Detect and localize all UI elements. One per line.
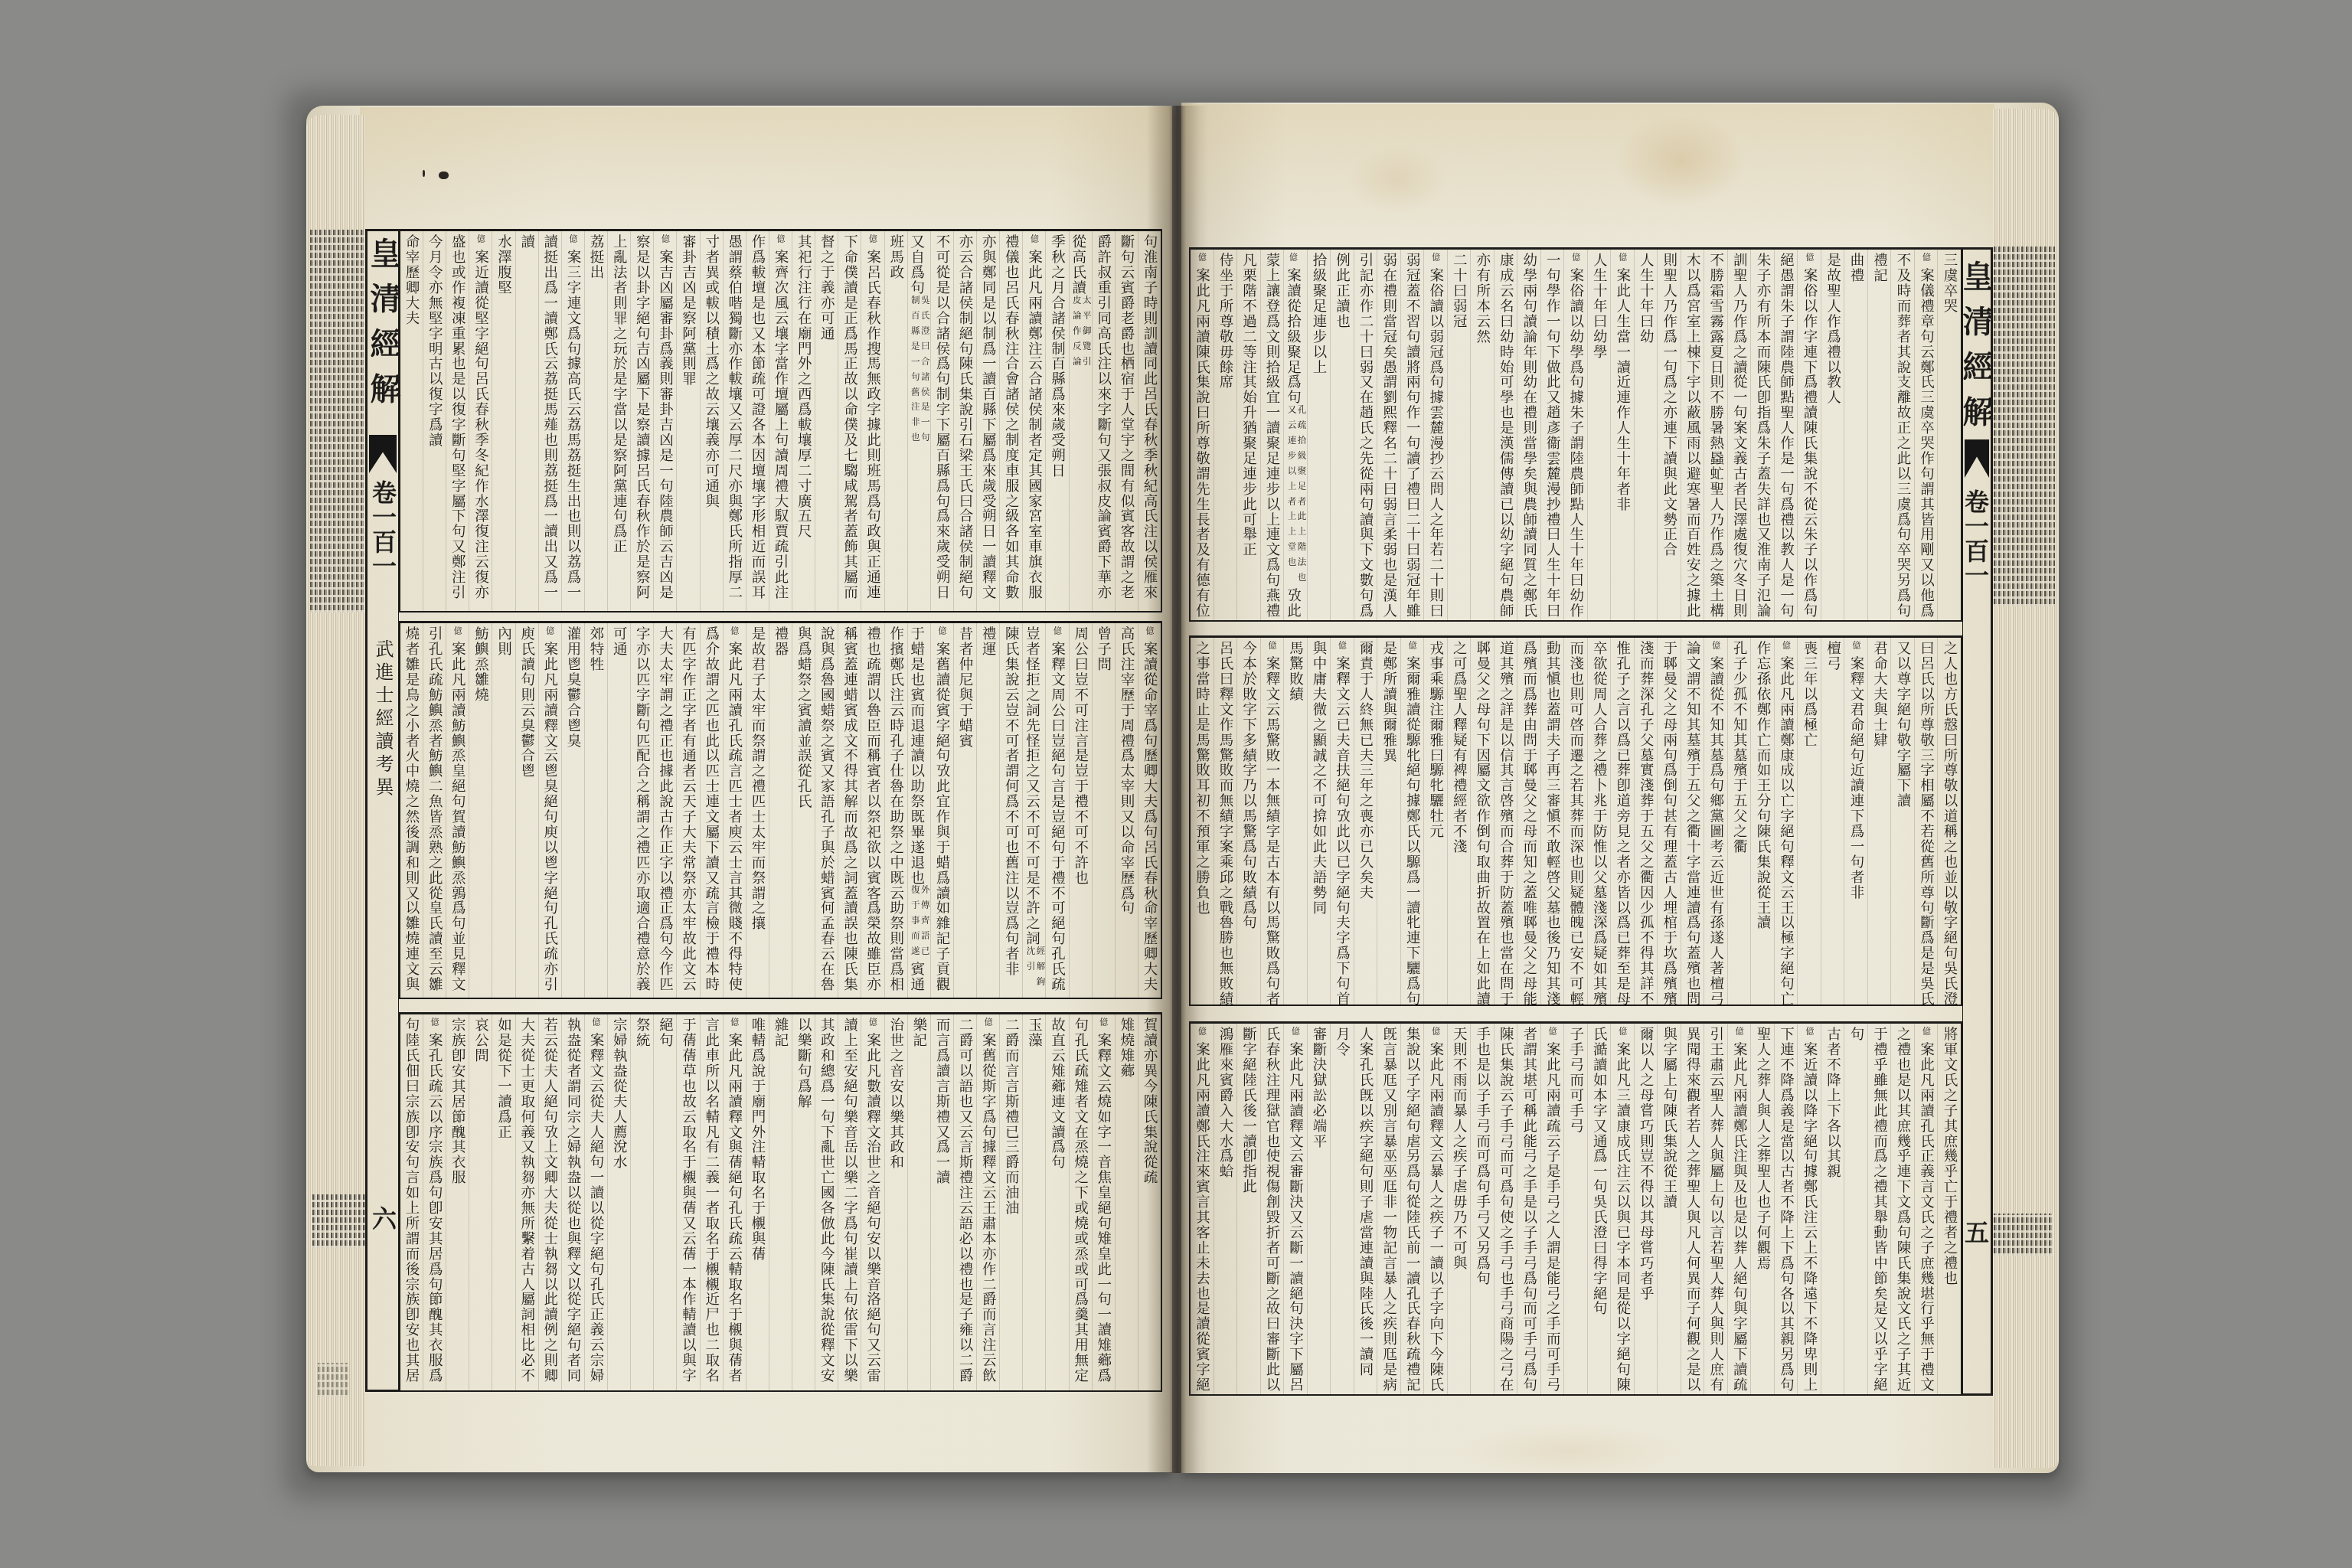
left-page-margin-label: 皇清經解 卷一百一 武進士經讀考異 六	[365, 229, 399, 1392]
commentary-column: 億案近讀從堅字絕句呂氏春秋季冬紀作水澤復注云復亦	[469, 231, 492, 611]
collection-title: 皇清經解	[1963, 260, 1991, 441]
column-text: 呂氏曰釋文作馬驚敗而無績字案乘邱之戰魯勝也無敗績	[1217, 641, 1233, 1004]
text-column: 孔子少孤不知其墓殯于五父之衢	[1727, 638, 1751, 1004]
column-text: 案此凡兩讀疏云子是手弓之人謂是能弓之手而可手弓	[1544, 1042, 1560, 1393]
text-column: 稱賓蓋連蜡賓成文不得其解而故爲之詞蓋讀誤也陳氏集	[838, 623, 861, 998]
text-column: 昔者仲尼與于蜡賓	[953, 623, 976, 998]
interlinear-note: 孔疏拾級聚足者此上階法也又云連步以上者上上堂也	[1287, 405, 1307, 588]
commentary-column: 億案釋文云燒如字一音焦皇絕句雉皇此一句一讀雉薌爲	[1092, 1014, 1115, 1390]
column-text: 三虞卒哭	[1942, 253, 1958, 314]
column-text: 郰曼父之母句下因屬文欲作倒句取曲折故置在上如此讀	[1475, 641, 1491, 1004]
commentary-column: 億案此凡兩讀孔氏正義言文氏之子庶幾堪行乎無于禮文	[1914, 1024, 1938, 1394]
note-line: 制百縣是一句舊注非也	[910, 296, 920, 448]
text-column: 大夫從士更取何義又執芻亦無所繫着古人屬詞相比必不	[515, 1014, 538, 1390]
column-text: 之可爲聖人釋疑有裨禮經者不淺	[1451, 641, 1467, 854]
column-text: 案此凡兩讀釋文云審斷決又云斷一讀絕句決字下屬呂	[1288, 1042, 1304, 1393]
commentary-column: 億案釋文云已夫音扶絕句攷此以已字絕句夫字爲下句首	[1330, 638, 1354, 1004]
author-mark: 億	[776, 234, 786, 250]
text-column: 班馬政	[884, 231, 907, 611]
fishtail-mark-icon	[1965, 439, 1989, 478]
text-column: 亦有所本云然	[1470, 250, 1494, 620]
column-text: 曲禮	[1848, 253, 1864, 283]
column-text: 宗婦執盎從夫人薦涗水	[611, 1018, 627, 1170]
column-text: 句淮南子時則訓讀同此呂氏春秋季秋紀高氏注以侯雁來	[1142, 234, 1158, 600]
text-column: 呂氏曰釋文作馬驚敗而無績字案乘邱之戰魯勝也無敗績	[1214, 638, 1237, 1004]
text-column: 盛也或作複凍重累也是以復字斷句堅字屬下句又鄭注引	[446, 231, 469, 611]
column-text: 聖人之葬人與人之葬聖人也子何觀焉	[1755, 1027, 1771, 1270]
author-mark: 億	[1618, 1027, 1628, 1042]
text-column: 命宰歷卿大夫	[400, 231, 423, 611]
column-text: 卒欲從周人合葬之禮卜兆于防惟以父墓淺深爲疑如其殯	[1591, 641, 1607, 1004]
column-text: 下連不降爲義是當以古者不降上下爲句各以其親另爲句	[1778, 1027, 1794, 1393]
column-text: 荔挺出	[588, 234, 604, 280]
column-text: 二爵可以語也又云言斯禮注云語必以禮也是子雍以二爵	[957, 1018, 973, 1383]
author-mark: 億	[1289, 253, 1298, 268]
page-number-ink-bleed	[1994, 1214, 2053, 1256]
text-column: 是故君子太牢而祭謂之禮匹士太牢而祭謂之攘	[746, 623, 769, 998]
commentary-column: 億案讀從拾級聚足爲句孔疏拾級聚足者此上階法也又云連步以上者上上堂也攷此	[1283, 250, 1307, 620]
text-column: 不及時而葬者其說支離故正之此以三虞爲句卒哭另爲句	[1890, 250, 1914, 620]
text-column: 禮記	[1867, 250, 1891, 620]
text-column: 而言爲讀言斯禮又爲一讀	[930, 1014, 953, 1390]
author-mark: 億	[983, 1018, 993, 1033]
column-text: 康成云名曰幼時始可學也是漢儒傳讀已以幼字絕句農師	[1498, 253, 1514, 619]
text-column: 曲禮	[1844, 250, 1867, 620]
column-text: 案舊從斯字爲句據釋文云王肅本亦作二爵而言注云飲	[980, 1033, 996, 1383]
column-text: 作擯鄭氏注云時孔子仕魯在助祭之中既云助祭則當爲相	[888, 626, 904, 992]
text-column: 祭統	[630, 1014, 653, 1390]
column-text: 而言爲讀言斯禮又爲一讀	[934, 1018, 950, 1185]
commentary-column: 億案此人生當一讀近連作人生十年者非	[1610, 250, 1634, 620]
text-column: 陳氏集說云豈不可者謂何爲不可也舊注以豈爲句者非	[999, 623, 1022, 998]
text-column: 治世之音安以樂其政和	[884, 1014, 907, 1390]
author-mark: 億	[1921, 253, 1931, 268]
text-column: 讀	[515, 231, 538, 611]
text-column: 今月令亦無堅字明古以復字爲讀	[423, 231, 446, 611]
note-line: 孔疏拾級聚足者此上階法也	[1297, 405, 1307, 588]
column-text: 作爲軷壇是也又本節疏可證各本因壇壤字形相近而誤耳	[750, 234, 766, 600]
column-text: 曰呂氏以所尊敬三字相屬不若從舊所尊句斷爲是是吳氏	[1918, 641, 1934, 1004]
column-text: 有匹字作正字者有通者云天子大夫常祭亦太牢故此文云	[681, 626, 697, 992]
column-text: 案此凡數讀釋文治世之音絕句安以樂音洛絕句又云雷	[865, 1033, 881, 1383]
column-text: 案釋文云馬驚敗一本無績字是古本有以馬驚敗爲句者	[1264, 656, 1280, 1004]
column-text: 案此凡兩讀鄭康成以亡字絕句釋文云王以極字絕句亡	[1778, 656, 1794, 1004]
column-text: 案吉凶屬審卦爲義則審卦吉凶是一句陸農師云吉凶是	[657, 250, 673, 600]
text-column: 論文謂不知其墓殯于五父之衢十字當連讀爲句蓋殯也問	[1681, 638, 1704, 1004]
left-page-upper-register: 句淮南子時則訓讀同此呂氏春秋季秋紀高氏注以侯雁來斷句云賓爵老爵也栖宿于人堂宇之間…	[399, 229, 1162, 612]
text-column: 之人也方氏慤曰所尊敬以道稱之也並以敬字絕句吳氏澄	[1937, 638, 1961, 1004]
column-text: 案俗以作字連下爲禮讀陳氏集說不從云朱子以作爲句	[1802, 268, 1818, 619]
column-text: 下命僕讀是正爲馬正故以命僕及七騶咸駕者蓋飾其屬而	[841, 234, 857, 600]
column-text: 案此凡兩讀鄭氏注來賓言其客止未去也是讀從賓字絕	[1194, 1042, 1210, 1393]
column-text: 大夫太牢謂之禮正也據此說古作正字以禮正爲句今作匹	[657, 626, 673, 992]
text-column: 又以尊字絕句敬字屬下讀	[1890, 638, 1914, 1004]
text-column: 天則不雨而暴人之疾子虐毋乃不可與	[1447, 1024, 1471, 1394]
text-column: 亦云合諸侯制絕句陳氏集說引石梁王氏曰合諸侯制絕句	[953, 231, 976, 611]
column-text: 祭統	[634, 1018, 650, 1048]
commentary-column: 億案釋文云馬驚敗一本無績字是古本有以馬驚敗爲句者	[1260, 638, 1284, 1004]
right-page-middle-register: 之人也方氏慤曰所尊敬以道稱之也並以敬字絕句吳氏澄曰呂氏以所尊敬三字相屬不若從舊所…	[1189, 635, 1962, 1006]
column-text: 大夫從士更取何義又執芻亦無所繫着古人屬詞相比必不	[519, 1018, 535, 1383]
text-column: 禮運	[976, 623, 999, 998]
text-column: 讀挺出爲一讀鄭氏云荔挺馬薤也則荔挺爲一讀出又爲一	[538, 231, 561, 611]
column-text: 言此車所以名輤凡有二義一者取名于櫬櫬近尸也二取名	[704, 1018, 720, 1383]
column-text: 之事當時止是馬驚敗耳初不預軍之勝負也	[1194, 641, 1210, 915]
commentary-column: 億案儀禮章句云鄭氏三虞卒哭作句謂其皆用剛又以他爲	[1914, 250, 1938, 620]
column-text: 木以爲宮室上棟下宇以蔽風雨以避寒暑而百姓安之據此	[1684, 253, 1700, 619]
text-column: 曾子問	[1092, 623, 1115, 998]
column-text: 禮器	[773, 626, 789, 657]
column-text: 引記亦作二十曰弱又在趙氏之先從兩句讀與下文數句爲	[1357, 253, 1374, 619]
column-text: 引孔氏疏魴鱮烝者魴鱮二魚皆烝熟之此從皇氏讀至云雛	[426, 626, 443, 992]
column-text: 鴻雁來賓爵入大水爲蛤	[1217, 1027, 1233, 1179]
note-line: 又云連步以上者上上堂也	[1287, 405, 1297, 588]
label-ink-bleed	[310, 230, 367, 612]
text-column: 二十曰弱冠	[1447, 250, 1471, 620]
text-column: 氏春秋注理獄官也使視傷創毀折者可斷之故曰審斷此以	[1260, 1024, 1284, 1394]
text-column: 斷字絕陸氏後一讀卽指此	[1236, 1024, 1260, 1394]
column-text: 不勝霜雪霧露夏日則不勝暑熱蟁虻聖人乃作爲之築土構	[1708, 253, 1724, 619]
page-edge-mark	[318, 1363, 348, 1397]
column-text: 燒者雛是鳥之小者火中燒之然後調和則又以雛燒連文與	[403, 626, 420, 992]
text-column: 內則	[492, 623, 514, 998]
column-text: 戎事乘騵注爾雅曰騵牝驪牡元	[1428, 641, 1444, 839]
ink-blot	[423, 170, 425, 177]
column-text: 例此正讀也	[1334, 253, 1351, 329]
column-text: 氏春秋注理獄官也使視傷創毀折者可斷之故曰審斷此以	[1264, 1027, 1280, 1393]
column-text: 子手弓而可手弓	[1568, 1027, 1584, 1133]
text-column: 之事當時止是馬驚敗耳初不預軍之勝負也	[1191, 638, 1214, 1004]
fishtail-mark-icon	[369, 435, 397, 473]
text-column: 道其殯之詳是以信其言啓殯而合葬于防蓋殯也當在問于	[1494, 638, 1517, 1004]
text-column: 庾氏讀句則云臭鬱合鬯	[515, 623, 538, 998]
column-text: 愚謂蔡伯喈獨斷亦作軷壤又云厚二尺亦與鄭氏所指厚二	[727, 234, 743, 600]
text-column: 與爲蜡祭之賓讀並誤從孔氏	[792, 623, 815, 998]
text-column: 可通	[607, 623, 630, 998]
text-column: 荔挺出	[584, 231, 607, 611]
author-mark: 億	[1145, 626, 1155, 642]
label-ink-bleed	[1994, 247, 2055, 606]
text-column: 訓聖人乃作爲之讀從一句案文義古者民澤處復穴冬日則	[1727, 250, 1751, 620]
text-column: 賀讀亦異今陳氏集說從疏	[1138, 1014, 1161, 1390]
column-text: 案呂氏春秋作搜馬無政字據此則班馬爲句政與正通連	[865, 250, 881, 600]
column-text: 之禮也是以其庶幾乎連下文爲句陳氏集說文氏之子其近	[1895, 1027, 1911, 1393]
commentary-column: 億案孔氏疏云以序宗族爲句卽安其居爲句節醜其衣服爲	[423, 1014, 446, 1390]
column-text: 攷此	[1285, 588, 1302, 619]
column-text: 與字屬上句陳氏集說從王讀	[1661, 1027, 1677, 1210]
column-text: 凡栗階不過二等注其始升猶聚足連步此可舉正	[1241, 253, 1257, 557]
column-text: 上亂法者則罪之玩於是字當以是察阿黨連句爲正	[611, 234, 627, 554]
column-text: 爲介故謂之匹也此以匹士連文屬下讀又疏言檢于禮本時	[704, 626, 720, 992]
column-text: 旣言暴尫又別言暴巫巫尫非一物記言暴人之疾則尫是病	[1381, 1027, 1397, 1393]
text-column: 于蜡是也賓而退連讀以助祭既畢遂退也外傳齊語已復于事而遂賓通	[907, 623, 930, 998]
column-text: 案釋文云燒如字一音焦皇絕句雉皇此一句一讀雉薌爲	[1096, 1033, 1112, 1383]
text-column: 玉藻	[1022, 1014, 1045, 1390]
column-text: 若云從夫人絕句攷上文卿大夫從士執芻以此讀例之則卿	[542, 1018, 558, 1383]
text-column: 人生十年曰幼學	[1587, 250, 1611, 620]
column-text: 惟孔子之言以爲已葬卽道旁見之者亦皆以爲已葬至是母	[1615, 641, 1631, 1004]
author-mark: 億	[452, 626, 462, 642]
commentary-column: 億案此凡兩讀鄭氏注與及也是以葬人絕句與字屬下讀疏	[1727, 1024, 1751, 1394]
column-text: 案近讀以降字絕句據鄭氏注云上不降遠下不降卑則上	[1802, 1042, 1818, 1393]
column-text: 內則	[496, 626, 512, 657]
column-text: 命宰歷卿大夫	[403, 234, 420, 325]
column-text: 案此凡兩讀釋文云鬯臭絕句庾以鬯字絕句孔氏疏亦引	[542, 642, 558, 992]
column-text: 蒙上讓登爲文則拾級宜一讀聚足連步以上連文爲句燕禮	[1264, 253, 1280, 619]
text-column: 蒙上讓登爲文則拾級宜一讀聚足連步以上連文爲句燕禮	[1260, 250, 1284, 620]
column-text: 案此凡兩讀孔氏疏言匹士者庾云士言其微賤不得特使	[727, 642, 743, 992]
column-text: 案讀從命宰爲句歷卿大夫爲句呂氏春秋命宰歷卿大夫	[1142, 642, 1158, 992]
text-column: 水澤腹堅	[492, 231, 514, 611]
column-text: 亦云合諸侯制絕句陳氏集說引石梁王氏曰合諸侯制絕句	[957, 234, 973, 600]
author-mark: 億	[591, 1018, 601, 1033]
text-column: 執盎從者謂同宗之婦執盎以從也與釋文以從字絕句者同	[561, 1014, 584, 1390]
column-text: 亦有所本云然	[1475, 253, 1491, 344]
column-text: 斷字絕陸氏後一讀卽指此	[1241, 1027, 1257, 1194]
text-column: 爵許叔重引同高氏注以來字斷句又張叔皮論賓爵下華亦	[1092, 231, 1115, 611]
column-text: 訓聖人乃作爲之讀從一句案文義古者民澤處復穴冬日則	[1731, 253, 1747, 619]
column-text: 檀弓	[1824, 641, 1841, 671]
column-text: 弱冠蓋不習句讀將兩句作一句讀了禮曰二十曰弱冠年雖	[1404, 253, 1420, 619]
column-text: 水澤腹堅	[496, 234, 512, 296]
text-column: 又自爲句吳氏澄曰合諸侯是一句制百縣是一句舊注非也	[907, 231, 930, 611]
column-text: 案孔氏疏云以序宗族爲句卽安其居爲句節醜其衣服爲	[426, 1033, 443, 1383]
text-column: 鴻雁來賓爵入大水爲蛤	[1214, 1024, 1237, 1394]
text-column: 與中庸夫微之顯誠之不可揜如此夫語勢同	[1307, 638, 1331, 1004]
author-mark: 億	[937, 626, 947, 642]
text-column: 寸者異或軷以積土爲之故云壤義亦可通與	[700, 231, 723, 611]
column-text: 案釋文云已夫音扶絕句攷此以已字絕句夫字爲下句首	[1334, 656, 1351, 1004]
column-text: 案此人生當一讀近連作人生十年者非	[1615, 268, 1631, 511]
text-column: 將軍文氏之子其庶幾乎亡于禮者之禮也	[1937, 1024, 1961, 1394]
commentary-column: 億案呂氏春秋作搜馬無政字據此則班馬爲句政與正通連	[861, 231, 884, 611]
column-text: 以樂斷句爲解	[795, 1018, 812, 1109]
text-column: 例此正讀也	[1330, 250, 1354, 620]
text-column: 于蒨蒨草也故云取名于櫬與蒨又云蒨一本作輤讀以與字	[676, 1014, 699, 1390]
column-text: 雜記	[773, 1018, 789, 1048]
text-column: 爾責于人終無已夫三年之喪亦已久矣夫	[1354, 638, 1377, 1004]
text-column: 審卦吉凶是察阿黨則罪	[676, 231, 699, 611]
column-text: 是鄭所讀與爾雅異	[1381, 641, 1397, 763]
text-column: 馬驚敗績	[1283, 638, 1307, 1004]
column-text: 引王肅云聖人葬人與屬上句以言若聖人葬人與則人庶有	[1708, 1027, 1724, 1393]
column-text: 月令	[1334, 1027, 1351, 1057]
text-column: 今本於敗字下多績字乃以馬驚爲句敗績爲句	[1236, 638, 1260, 1004]
text-column: 郰曼父之母句下因屬文欲作倒句取曲折故置在上如此讀	[1470, 638, 1494, 1004]
text-column: 斷句云賓爵老爵也栖宿于人堂宇之間有似賓客故謂之老	[1115, 231, 1138, 611]
column-text: 又以尊字絕句敬字屬下讀	[1895, 641, 1911, 808]
column-text: 從高氏讀	[1070, 234, 1086, 296]
column-text: 案此凡兩讀鄭注云合諸侯制者定其國家宮室車旗衣服	[1026, 250, 1042, 600]
note-line: 經解鉤	[1035, 946, 1045, 992]
commentary-column: 億案此凡兩讀鄭氏注來賓言其客止未去也是讀從賓字絕	[1191, 1024, 1214, 1394]
column-text: 句陸氏佃曰宗族卽安句言如上所謂而後宗族卽安也其居	[403, 1018, 420, 1383]
page-number-ink-bleed	[312, 1194, 366, 1248]
column-text: 案讀從拾級聚足爲句	[1285, 268, 1302, 405]
author-mark: 億	[868, 1018, 878, 1033]
commentary-column: 億案此凡兩讀鄭康成以亡字絕句釋文云王以極字絕句亡	[1774, 638, 1798, 1004]
text-column: 魴鱮烝雛燒	[469, 623, 492, 998]
right-page-lower-register: 將軍文氏之子其庶幾乎亡于禮者之禮也億案此凡兩讀孔氏正義言文氏之子庶幾堪行乎無于禮…	[1189, 1021, 1962, 1396]
column-text: 則聖人乃作爲一句爲之亦連下讀與此文勢正合	[1661, 253, 1677, 557]
column-text: 案此凡三讀康成氏注云以與已字本同是從以字絕句陳	[1615, 1042, 1631, 1393]
volume-label: 卷一百一	[367, 480, 398, 578]
column-text: 道其殯之詳是以信其言啓殯而合葬于防蓋殯也當在問于	[1498, 641, 1514, 1004]
text-column: 月令	[1330, 1024, 1354, 1394]
commentary-column: 億案爾雅讀從騵牝絕句據鄭氏以騵爲一讀牝連下驪爲句	[1400, 638, 1424, 1004]
column-text: 案此凡兩讀釋文云暴人之疾子一讀以子字向下今陳氏	[1428, 1042, 1444, 1393]
column-text: 而淺也則可啓而遷之若其葬而深也則疑體魄已安不可輕	[1568, 641, 1584, 1004]
commentary-column: 億案齊次風云壤字當作壇屬上句讀周禮大馭賈疏引此注	[769, 231, 792, 611]
column-text: 讀上至安絕句樂音岳以樂二字爲句崔讀上句依雷下以樂	[841, 1018, 857, 1383]
text-column: 動其愼也蓋謂夫子再三審愼不敢輕啓父墓也後乃知其淺	[1540, 638, 1564, 1004]
author-mark: 億	[1734, 1027, 1744, 1042]
commentary-column: 億案俗讀以弱冠爲句據雲麓漫抄云問人之年若二十則曰	[1423, 250, 1447, 620]
text-column: 作擯鄭氏注云時孔子仕魯在助祭之中既云助祭則當爲相	[884, 623, 907, 998]
text-column: 句	[1844, 1024, 1867, 1394]
text-column: 康成云名曰幼時始可學也是漢儒傳讀已以幼字絕句農師	[1494, 250, 1517, 620]
text-column: 說與爲魯國蜡祭之賓又家語孔子與於蜡賓何孟春云在魯	[815, 623, 838, 998]
text-column: 讀上至安絕句樂音岳以樂二字爲句崔讀上句依雷下以樂	[838, 1014, 861, 1390]
text-column: 大夫太牢謂之禮正也據此說古作正字以禮正爲句今作匹	[653, 623, 676, 998]
left-page-middle-register: 億案讀從命宰爲句歷卿大夫爲句呂氏春秋命宰歷卿大夫高氏注宰歷于周禮爲太宰則又以命宰…	[399, 621, 1162, 999]
column-text: 手也是以子手弓而可爲句手弓又另爲句	[1475, 1027, 1491, 1285]
column-text: 古者不降上下各以其親	[1824, 1027, 1841, 1179]
text-column: 檀弓	[1821, 638, 1844, 1004]
commentary-column: 億案此凡兩讀孔氏疏言匹士者庾云士言其微賤不得特使	[723, 623, 746, 998]
text-column: 絕愚謂朱子謂陸農師點聖人作是一句爲禮以教人是一句	[1774, 250, 1798, 620]
text-column: 集說以子字絕句虐另爲句從陸氏前一讀孔氏春秋疏禮記	[1400, 1024, 1424, 1394]
column-text: 拾級聚足連步以上	[1311, 253, 1327, 374]
text-column: 下連不降爲義是當以古者不降上下爲句各以其親另爲句	[1774, 1024, 1798, 1394]
column-text: 于蒨蒨草也故云取名于櫬與蒨又云蒨一本作輤讀以與字	[681, 1018, 697, 1383]
column-text: 昔者仲尼與于蜡賓	[957, 626, 973, 748]
text-column: 季秋之月合諸侯制百縣爲來歲受朔日	[1045, 231, 1068, 611]
author-mark: 億	[868, 234, 878, 250]
column-text: 異聞得來觀者若人之葬聖人與凡人何異而子何觀之是以	[1684, 1027, 1700, 1393]
column-text: 宗族卽安其居節醜其衣服	[449, 1018, 465, 1185]
column-text: 唯輤爲說于廟門外注輤取名于櫬與蒨	[750, 1018, 766, 1261]
column-text: 雉燒雉薌	[1119, 1018, 1135, 1079]
column-text: 是故聖人作爲禮以教人	[1824, 253, 1841, 405]
text-column: 旣言暴尫又別言暴巫巫尫非一物記言暴人之疾則尫是病	[1377, 1024, 1400, 1394]
column-text: 季秋之月合諸侯制百縣爲來歲受朔日	[1050, 234, 1066, 478]
text-column: 唯輤爲說于廟門外注輤取名于櫬與蒨	[746, 1014, 769, 1390]
commentary-column: 億案此凡三讀康成氏注云以與已字本同是從以字絕句陳	[1610, 1024, 1634, 1394]
column-text: 孔子少孤不知其墓殯于五父之衢	[1731, 641, 1747, 854]
text-column: 雜記	[769, 1014, 792, 1390]
text-column: 作忘孫依鄭作亡而如王分句陳氏集說從王讀	[1750, 638, 1774, 1004]
author-mark: 億	[1197, 253, 1207, 268]
text-column: 宗族卽安其居節醜其衣服	[446, 1014, 469, 1390]
author-mark: 億	[1197, 1027, 1207, 1042]
text-column: 弱在禮則當冠矣愚謂劉熙釋名二十曰弱言柔弱也是漢人	[1377, 250, 1400, 620]
column-text: 爾責于人終無已夫三年之喪亦已久矣夫	[1357, 641, 1374, 900]
column-text: 察是以卦字絕句吉凶屬下是察讀據呂氏春秋作於是察阿	[634, 234, 650, 600]
author-mark: 億	[1547, 1027, 1557, 1042]
author-mark: 億	[545, 626, 555, 642]
author-mark: 億	[1291, 1027, 1301, 1042]
author-mark: 億	[1711, 641, 1721, 656]
column-text: 陳氏集說云子手弓而可爲句使之手弓也手弓商陽之弓在	[1498, 1027, 1514, 1393]
column-text: 淺而葬深孔子父墓實淺葬于五父之衢因少孤不得其詳不	[1638, 641, 1654, 1004]
text-column: 君命大夫與士肄	[1867, 638, 1891, 1004]
note-line: 太平御覽引	[1082, 296, 1092, 372]
column-text: 案此凡兩讀孔氏正義言文氏之子庶幾堪行乎無于禮文	[1918, 1042, 1934, 1393]
text-column: 宗婦執盎從夫人薦涗水	[607, 1014, 630, 1390]
commentary-column: 億案釋文云從夫人絕句一讀以從字絕句孔氏正義云宗婦	[584, 1014, 607, 1390]
text-column: 督之于義亦可通	[815, 231, 838, 611]
column-text: 如是從下一讀爲正	[496, 1018, 512, 1139]
text-column: 聖人之葬人與人之葬聖人也子何觀焉	[1750, 1024, 1774, 1394]
author-mark: 億	[1431, 1027, 1441, 1042]
text-column: 爲殯而爲葬由問于郰曼父之母而知之蓋唯郰曼父之母能	[1517, 638, 1540, 1004]
text-column: 句陸氏佃曰宗族卽安句言如上所謂而後宗族卽安也其居	[400, 1014, 423, 1390]
column-text: 其政和總爲一句下亂世亡國各倣此今陳氏集說從釋文安	[818, 1018, 835, 1383]
text-column: 木以爲宮室上棟下宇以蔽風雨以避寒暑而百姓安之據此	[1681, 250, 1704, 620]
text-column: 以樂斷句爲解	[792, 1014, 815, 1390]
column-text: 今月令亦無堅字明古以復字爲讀	[426, 234, 443, 448]
text-column: 曰呂氏以所尊敬三字相屬不若從舊所尊句斷爲是是吳氏	[1914, 638, 1938, 1004]
text-column: 禮器	[769, 623, 792, 998]
column-text: 案此凡兩讀釋文與蒨絕句孔氏疏云輤取名于櫬與蒨者	[727, 1033, 743, 1383]
author-mark: 億	[660, 234, 670, 250]
column-text: 將軍文氏之子其庶幾乎亡于禮者之禮也	[1942, 1027, 1958, 1285]
text-column: 上亂法者則罪之玩於是字當以是察阿黨連句爲正	[607, 231, 630, 611]
column-text: 不及時而葬者其說支離故正之此以三虞爲句卒哭另爲句	[1895, 253, 1911, 619]
column-text: 案舊讀從賓字絕句攷此宜作與于蜡爲讀如雜記子貢觀	[934, 642, 950, 992]
column-text: 集說以子字絕句虐另爲句從陸氏前一讀孔氏春秋疏禮記	[1404, 1027, 1420, 1393]
column-text: 審卦吉凶是察阿黨則罪	[681, 234, 697, 387]
author-mark: 億	[1338, 641, 1347, 656]
text-column: 引記亦作二十曰弱又在趙氏之先從兩句讀與下文數句爲	[1354, 250, 1377, 620]
column-text: 字亦以匹字斷句匹配合之稱謂之禮匹亦取適合禮意於義	[634, 626, 650, 992]
commentary-column: 億案此凡兩讀釋文與蒨絕句孔氏疏云輤取名于櫬與蒨者	[723, 1014, 746, 1390]
commentary-column: 億案讀從不知其墓爲句鄉黨圖考云近世有孫遂人著檀弓	[1704, 638, 1727, 1004]
author-mark: 億	[1805, 253, 1815, 268]
column-text: 動其愼也蓋謂夫子再三審愼不敢輕啓父墓也後乃知其淺	[1544, 641, 1560, 1004]
text-column: 灌用鬯臭鬱合鬯臭	[561, 623, 584, 998]
interlinear-note: 太平御覽引皮論作反論	[1072, 296, 1092, 372]
text-column: 弱冠蓋不習句讀將兩句作一句讀了禮曰二十曰弱冠年雖	[1400, 250, 1424, 620]
commentary-column: 億案俗以作字連下爲禮讀陳氏集說不從云朱子以作爲句	[1797, 250, 1821, 620]
column-text: 是故君子太牢而祭謂之禮匹士太牢而祭謂之攘	[750, 626, 766, 931]
column-text: 君命大夫與士肄	[1871, 641, 1887, 747]
author-mark: 億	[568, 234, 578, 250]
volume-label: 卷一百一	[1963, 489, 1991, 587]
column-text: 案齊次風云壤字當作壇屬上句讀周禮大馭賈疏引此注	[773, 250, 789, 600]
column-text: 案近讀從堅字絕句呂氏春秋季冬紀作水澤復注云復亦	[472, 250, 488, 600]
author-mark: 億	[1053, 626, 1063, 642]
column-text: 案三字連文爲句據高氏云荔馬荔挺生出也則以荔爲一	[565, 250, 581, 600]
column-text: 侍坐于所尊敬毋餘席	[1217, 253, 1233, 390]
column-text: 于蜡是也賓而退連讀以助祭既畢遂退也	[909, 626, 925, 885]
paper-stain	[1455, 1424, 1684, 1478]
text-column: 禮儀也呂氏春秋注合會諸侯之制度車服之級各如其命數	[999, 231, 1022, 611]
column-text: 禮儀也呂氏春秋注合會諸侯之制度車服之級各如其命數	[1003, 234, 1019, 600]
text-column: 審斷決獄訟必端平	[1307, 1024, 1331, 1394]
column-text: 案釋文君命絕句近讀連下爲一句者非	[1848, 656, 1864, 900]
left-page-lower-register: 賀讀亦異今陳氏集說從疏雉燒雉薌億案釋文云燒如字一音焦皇絕句雉皇此一句一讀雉薌爲句…	[399, 1012, 1162, 1392]
text-column: 豈者怪拒之詞先怪拒之又云不可不可是不許之詞經解鉤沈引	[1022, 623, 1045, 998]
column-text: 句孔氏疏雉者文在烝燒之下或燒或烝或可爲羹其用無定	[1073, 1018, 1089, 1383]
author-mark: 億	[1805, 1027, 1815, 1042]
text-column: 卒欲從周人合葬之禮卜兆于防惟以父墓淺深爲疑如其殯	[1587, 638, 1611, 1004]
author-mark: 億	[475, 234, 485, 250]
author-mark: 億	[1921, 1027, 1931, 1042]
column-text: 一句學作一句下做此又趙彥衞雲麓漫抄禮曰人生十年曰	[1544, 253, 1560, 619]
column-text: 讀	[519, 234, 535, 250]
